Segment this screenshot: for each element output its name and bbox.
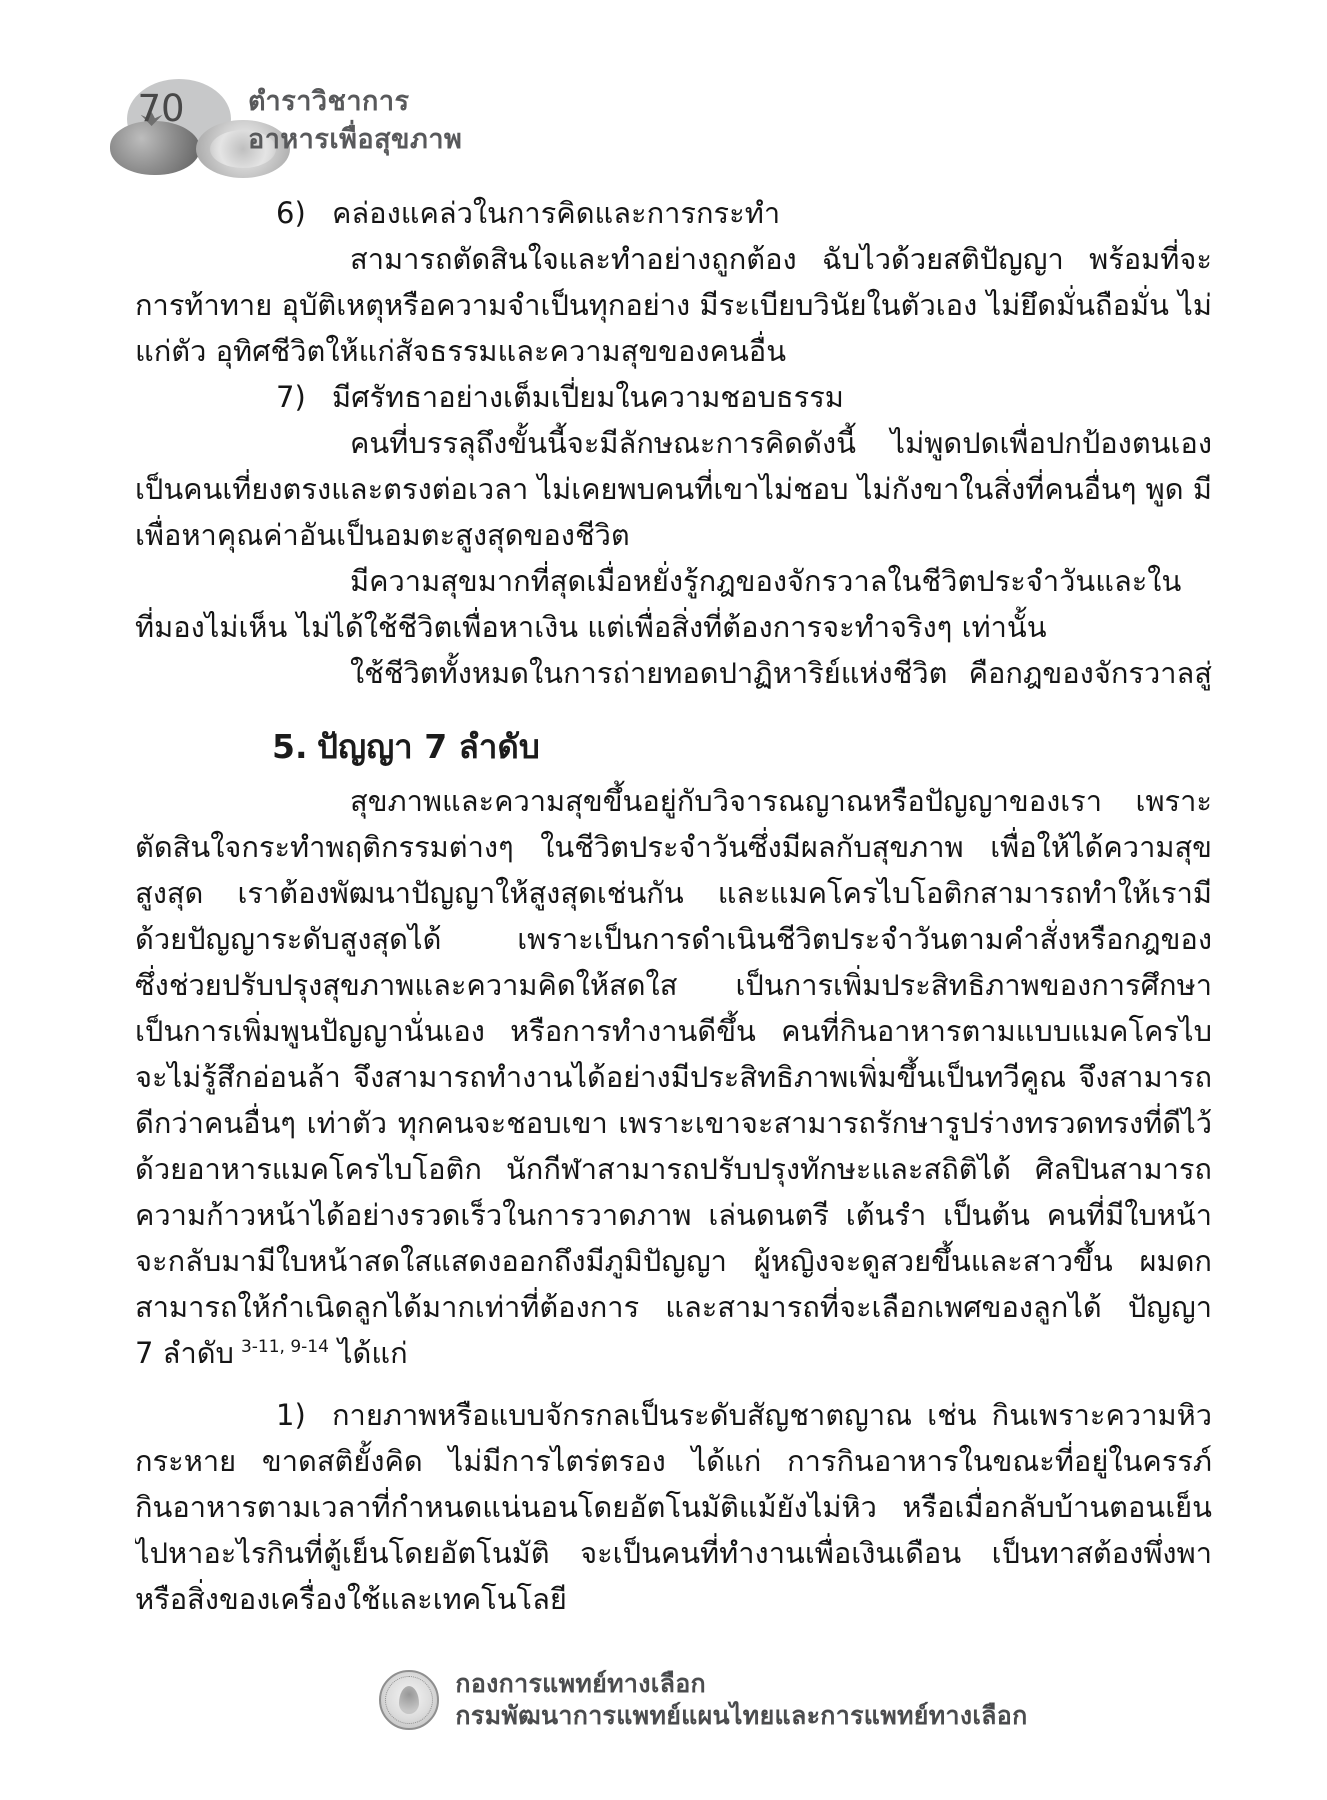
text-line: กินอาหารตามเวลาที่กำหนดแน่นอนโดยอัตโนมัต… [135, 1484, 1212, 1530]
list-number: 7) [276, 374, 332, 420]
text-line: จะไม่รู้สึกอ่อนล้า จึงสามารถทำงานได้อย่า… [135, 1054, 1212, 1100]
list-item-7: 7)มีศรัทธาอย่างเต็มเปี่ยมในความชอบธรรม [135, 374, 1212, 420]
text-line: การท้าทาย อุบัติเหตุหรือความจำเป็นทุกอย่… [135, 282, 1212, 328]
text-line: กระหาย ขาดสติยั้งคิด ไม่มีการไตร่ตรอง ได… [135, 1438, 1212, 1484]
list-item-1: 1)กายภาพหรือแบบจักรกลเป็นระดับสัญชาตญาณ … [135, 1392, 1212, 1438]
text-line: ที่มองไม่เห็น ไม่ได้ใช้ชีวิตเพื่อหาเงิน … [135, 604, 1212, 650]
series-title: ตำราวิชาการ [248, 83, 462, 121]
text-line: ด้วยปัญญาระดับสูงสุดได้ เพราะเป็นการดำเน… [135, 916, 1212, 962]
text-line: ด้วยอาหารแมคโครไบโอติก นักกีฬาสามารถปรับ… [135, 1146, 1212, 1192]
page-number: 70 [128, 87, 194, 130]
reference-line: 7 ลำดับ3-11, 9-14ได้แก่ [135, 1330, 1212, 1376]
footer-department: กรมพัฒนาการแพทย์แผนไทยและการแพทย์ทางเลือ… [455, 1700, 1027, 1732]
text-line: มีความสุขมากที่สุดเมื่อหยั่งรู้กฎของจักร… [135, 558, 1212, 604]
list-number: 6) [276, 190, 332, 236]
reference-prefix: 7 ลำดับ [135, 1336, 234, 1370]
text-line: จะกลับมามีใบหน้าสดใสแสดงออกถึงมีภูมิปัญญ… [135, 1238, 1212, 1284]
section-title: ปัญญา 7 ลำดับ [317, 727, 540, 766]
text-line: แก่ตัว อุทิศชีวิตให้แก่สัจธรรมและความสุข… [135, 328, 1212, 374]
text-line: ใช้ชีวิตทั้งหมดในการถ่ายทอดปาฏิหาริย์แห่… [135, 650, 1212, 696]
citation-superscript: 3-11, 9-14 [241, 1337, 329, 1357]
footer-division: กองการแพทย์ทางเลือก [455, 1668, 1027, 1700]
reference-suffix: ได้แก่ [338, 1336, 408, 1370]
section-number: 5. [272, 722, 317, 772]
list-title: มีศรัทธาอย่างเต็มเปี่ยมในความชอบธรรม [332, 380, 844, 414]
text-line: ตัดสินใจกระทำพฤติกรรมต่างๆ ในชีวิตประจำว… [135, 824, 1212, 870]
footer-text: กองการแพทย์ทางเลือก กรมพัฒนาการแพทย์แผนไ… [455, 1668, 1027, 1732]
text-line: สูงสุด เราต้องพัฒนาปัญญาให้สูงสุดเช่นกัน… [135, 870, 1212, 916]
document-page: 70 ตำราวิชาการ อาหารเพื่อสุขภาพ 6)คล่องแ… [0, 0, 1327, 1800]
text-line: หรือสิ่งของเครื่องใช้และเทคโนโลยี [135, 1576, 1212, 1622]
text-line: ดีกว่าคนอื่นๆ เท่าตัว ทุกคนจะชอบเขา เพรา… [135, 1100, 1212, 1146]
text-line: สามารถตัดสินใจและทำอย่างถูกต้อง ฉับไวด้ว… [135, 236, 1212, 282]
text-line: สุขภาพและความสุขขึ้นอยู่กับวิจารณญาณหรือ… [135, 778, 1212, 824]
list-number: 1) [276, 1392, 332, 1438]
list-item-6: 6)คล่องแคล่วในการคิดและการกระทำ [135, 190, 1212, 236]
text-line: ความก้าวหน้าได้อย่างรวดเร็วในการวาดภาพ เ… [135, 1192, 1212, 1238]
text-line: ไปหาอะไรกินที่ตู้เย็นโดยอัตโนมัติ จะเป็น… [135, 1530, 1212, 1576]
text-line: เป็นคนเที่ยงตรงและตรงต่อเวลา ไม่เคยพบคนท… [135, 466, 1212, 512]
header-titles: ตำราวิชาการ อาหารเพื่อสุขภาพ [248, 83, 462, 159]
text-line: สามารถให้กำเนิดลูกได้มากเท่าที่ต้องการ แ… [135, 1284, 1212, 1330]
page-body: 6)คล่องแคล่วในการคิดและการกระทำ สามารถตั… [135, 190, 1212, 1622]
text-line: คนที่บรรลุถึงขั้นนี้จะมีลักษณะการคิดดังน… [135, 420, 1212, 466]
text-line: เพื่อหาคุณค่าอันเป็นอมตะสูงสุดของชีวิต [135, 512, 1212, 558]
page-footer: กองการแพทย์ทางเลือก กรมพัฒนาการแพทย์แผนไ… [40, 1668, 1327, 1732]
text-line: ซึ่งช่วยปรับปรุงสุขภาพและความคิดให้สดใส … [135, 962, 1212, 1008]
section-heading: 5.ปัญญา 7 ลำดับ [135, 722, 1212, 772]
list-title: คล่องแคล่วในการคิดและการกระทำ [332, 196, 780, 230]
department-seal-icon [379, 1670, 439, 1730]
book-title: อาหารเพื่อสุขภาพ [248, 121, 462, 159]
list-first-line: กายภาพหรือแบบจักรกลเป็นระดับสัญชาตญาณ เช… [332, 1398, 1212, 1432]
text-line: เป็นการเพิ่มพูนปัญญานั่นเอง หรือการทำงาน… [135, 1008, 1212, 1054]
